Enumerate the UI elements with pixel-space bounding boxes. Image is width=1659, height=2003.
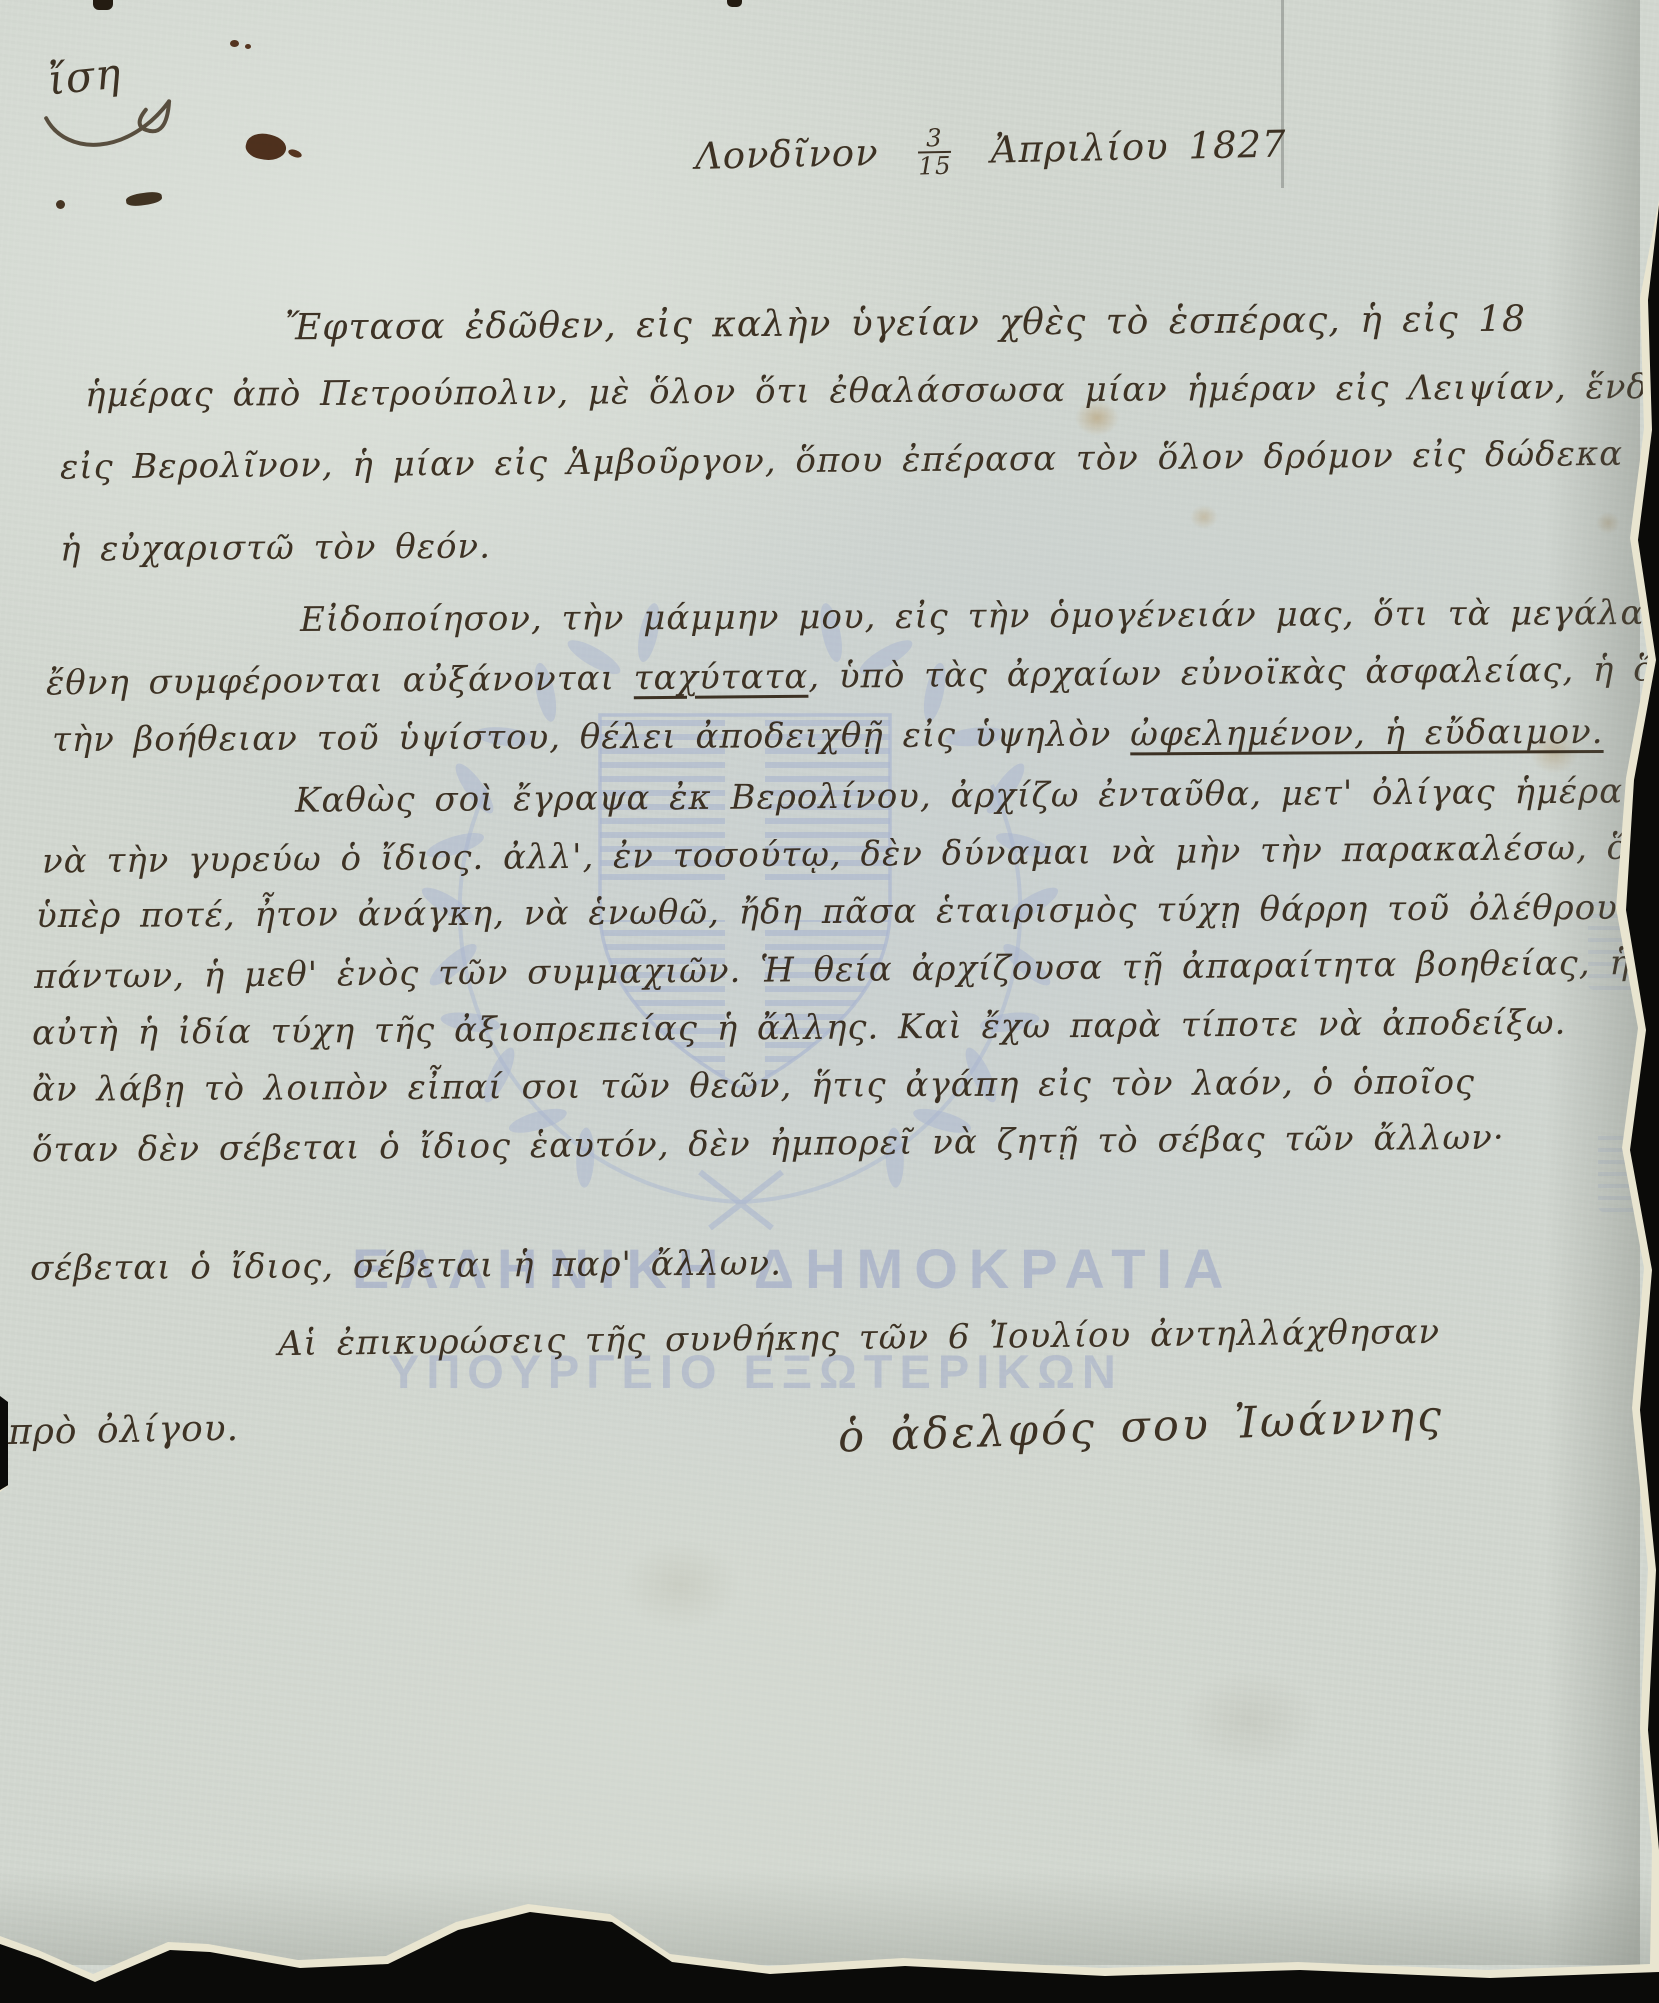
dateline: Λονδῖνον 315 Ἀπριλίου 1827: [695, 118, 1288, 184]
handwriting-line: ἔθνη συμφέρονται αὐξάνονται ταχύτατα, ὑπ…: [46, 649, 1659, 704]
fox-stain: [1190, 505, 1218, 529]
paper-shade: [1180, 1670, 1320, 1770]
ink-dash: [125, 191, 162, 208]
handwriting-line: Ἔφτασα ἐδῶθεν, εἰς καλὴν ὑγείαν χθὲς τὸ …: [285, 299, 1526, 349]
handwriting-line: ὅταν δὲν σέβεται ὁ ἴδιος ἑαυτόν, δὲν ἠμπ…: [32, 1118, 1505, 1171]
handwriting-line: εἰς Βερολῖνον, ἡ μίαν εἰς Ἁμβοῦργον, ὅπο…: [60, 432, 1659, 487]
archival-annotation: ἴση: [46, 48, 124, 104]
date-place: Λονδῖνον: [695, 131, 879, 178]
flourish-swash: [29, 67, 217, 175]
scanned-letter-page: ΕΛΛΗΝΙΚΗ ΔΗΜΟΚΡΑΤΙΑ ΥΠΟΥΡΓΕΙΟ ΕΞΩΤΕΡΙΚΩΝ…: [0, 0, 1659, 2003]
handwriting-line: νὰ τὴν γυρεύω ὁ ἴδιος. ἀλλ', ἐν τοσούτῳ,…: [42, 826, 1659, 881]
edge-mark: [93, 0, 113, 10]
letter-paper: ΕΛΛΗΝΙΚΗ ΔΗΜΟΚΡΑΤΙΑ ΥΠΟΥΡΓΕΙΟ ΕΞΩΤΕΡΙΚΩΝ…: [0, 0, 1659, 2003]
handwriting-line: τὴν βοήθειαν τοῦ ὑψίστου, θέλει ἀποδειχθ…: [52, 712, 1604, 760]
scan-shadow-bottom: [0, 1870, 1659, 1965]
handwriting-line: Καθὼς σοὶ ἔγραψα ἐκ Βερολίνου, ἀρχίζω ἐν…: [295, 771, 1655, 820]
handwriting-line: πάντων, ἡ μεθ' ἑνὸς τῶν συμμαχιῶν. Ἡ θεί…: [34, 943, 1631, 997]
handwriting-line: ἂν λάβῃ τὸ λοιπὸν εἶπαί σοι τῶν θεῶν, ἥτ…: [32, 1062, 1475, 1110]
date-month-year: Ἀπριλίου 1827: [990, 122, 1287, 171]
date-fraction: 315: [918, 125, 952, 179]
handwriting-line: ἡ εὐχαριστῶ τὸν θεόν.: [60, 526, 491, 569]
scan-shadow-right: [1545, 0, 1640, 2003]
edge-mark: [727, 0, 742, 7]
handwriting-line: Αἱ ἐπικυρώσεις τῆς συνθήκης τῶν 6 Ἰουλίο…: [278, 1312, 1440, 1364]
ink-blot: [287, 148, 303, 159]
handwriting-line: ἡμέρας ἀπὸ Πετρούπολιν, μὲ ὅλον ὅτι ἐθαλ…: [85, 367, 1659, 416]
ink-speck: [245, 44, 251, 49]
handwriting-line: πρὸ ὀλίγου.: [8, 1408, 240, 1453]
signature: ὁ ἀδελφός σου Ἰωάννης: [837, 1391, 1445, 1462]
handwriting-line: ὑπὲρ ποτέ, ἦτον ἀνάγκη, νὰ ἑνωθῶ, ἤδη πᾶ…: [36, 888, 1618, 936]
handwriting-line: αὐτὴ ἡ ἰδία τύχη τῆς ἀξιοπρεπείας ἡ ἄλλη…: [32, 1003, 1567, 1054]
paper-shade: [620, 1540, 740, 1630]
ink-blot: [243, 130, 288, 165]
ink-dot: [56, 200, 65, 209]
ink-speck: [230, 40, 239, 47]
handwriting-line: Εἰδοποίησον, τὴν μάμμην μου, εἰς τὴν ὁμο…: [300, 592, 1659, 640]
handwriting-line: σέβεται ὁ ἴδιος, σέβεται ἡ παρ' ἄλλων.: [30, 1243, 782, 1288]
